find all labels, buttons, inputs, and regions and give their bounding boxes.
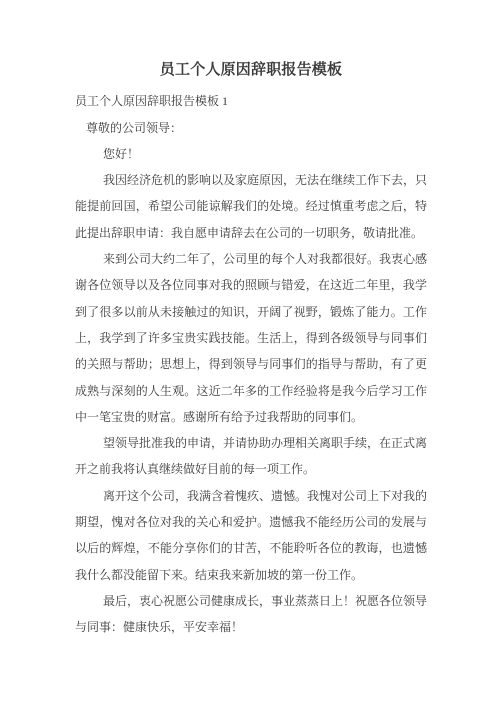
document-page: 员工个人原因辞职报告模板 员工个人原因辞职报告模板 1 尊敬的公司领导： 您好！…	[0, 0, 500, 707]
document-title: 员工个人原因辞职报告模板	[75, 57, 427, 83]
greeting-line: 您好！	[75, 141, 427, 167]
salutation-line: 尊敬的公司领导：	[75, 115, 427, 141]
paragraph: 我因经济危机的影响以及家庭原因，无法在继续工作下去，只能提前回国，希望公司能谅解…	[75, 167, 427, 246]
paragraph: 望领导批准我的申请，并请协助办理相关离职手续，在正式离开之前我将认真继续做好目前…	[75, 430, 427, 483]
paragraph: 离开这个公司，我满含着愧疚、遗憾。我愧对公司上下对我的期望，愧对各位对我的关心和…	[75, 483, 427, 588]
paragraph: 来到公司大约二年了，公司里的每个人对我都很好。我衷心感谢各位领导以及各位同事对我…	[75, 246, 427, 430]
paragraph: 最后，衷心祝愿公司健康成长，事业蒸蒸日上！祝愿各位领导与同事：健康快乐，平安幸福…	[75, 588, 427, 641]
document-subtitle: 员工个人原因辞职报告模板 1	[75, 88, 427, 114]
